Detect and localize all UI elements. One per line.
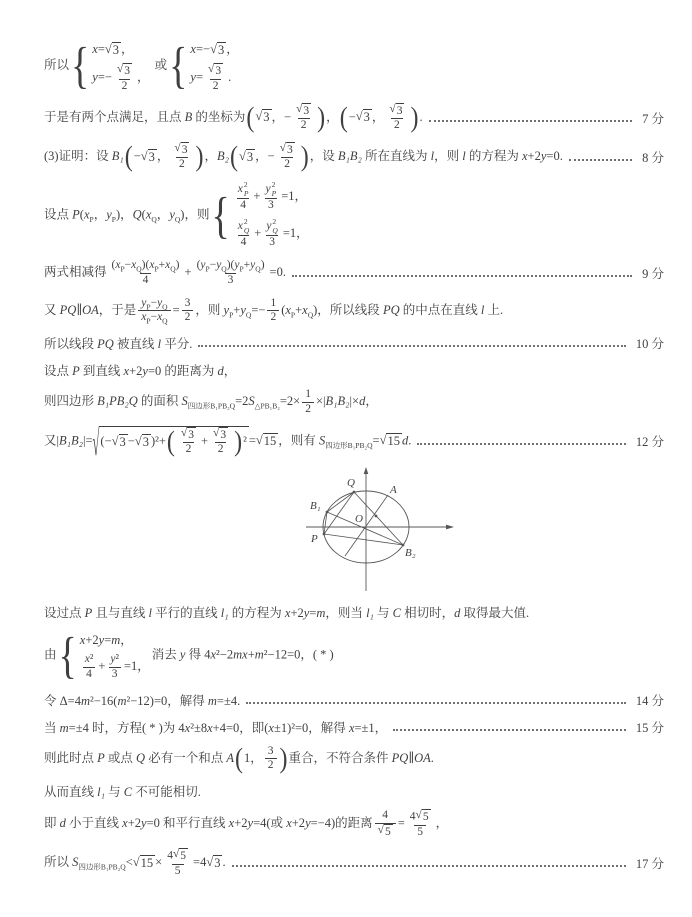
text: +2 bbox=[528, 149, 541, 163]
sup-sub-base: x bbox=[238, 220, 243, 234]
text: + bbox=[185, 265, 192, 279]
text: ，则当 bbox=[325, 606, 366, 620]
text: ²−12=0，( * ) bbox=[264, 648, 334, 662]
math-variable: P bbox=[97, 751, 105, 765]
text: 1 bbox=[270, 297, 276, 309]
text: 3 bbox=[247, 150, 253, 164]
big-parens: (−√3，√32) bbox=[124, 142, 205, 172]
text: + bbox=[248, 648, 255, 662]
solution-line: 令 Δ=4m²−16(m²−12)=0，解得 m=±4.14 分 bbox=[44, 691, 664, 709]
left-paren-icon: ( bbox=[339, 104, 349, 132]
text: +2 bbox=[290, 606, 303, 620]
sup-sub-group: x2P bbox=[238, 181, 249, 198]
square-root: √3 bbox=[356, 109, 372, 126]
text: − bbox=[128, 434, 135, 448]
fraction: √32 bbox=[293, 103, 314, 133]
fraction: x2P4 bbox=[235, 181, 252, 213]
text: 3 bbox=[218, 43, 224, 57]
fraction: 4√5 bbox=[375, 809, 396, 839]
fraction: 4√55 bbox=[164, 848, 191, 878]
text: 3 bbox=[220, 429, 226, 441]
square-root: √3 bbox=[135, 434, 151, 451]
text: ， bbox=[120, 633, 133, 647]
system-row: y=√32. bbox=[190, 63, 231, 93]
fraction: 12 bbox=[302, 388, 314, 417]
score-label: 14 分 bbox=[636, 691, 664, 709]
text: 所以线段 bbox=[44, 337, 97, 351]
text: )，则 bbox=[180, 207, 209, 221]
math-variable: B₁PB₂Q bbox=[97, 394, 138, 408]
text: . bbox=[431, 751, 434, 765]
denominator: 4 bbox=[140, 273, 152, 288]
text: 1 bbox=[305, 388, 311, 400]
text: 与 bbox=[105, 785, 124, 799]
text: 或点 bbox=[105, 751, 136, 765]
numerator: 3 bbox=[182, 297, 194, 311]
text: =0. bbox=[270, 265, 286, 279]
text: 2 bbox=[186, 443, 192, 455]
text: 被直线 bbox=[114, 337, 158, 351]
text: 由 bbox=[44, 648, 57, 662]
radical-icon: √ bbox=[210, 43, 217, 56]
math-variable: Q bbox=[133, 207, 142, 221]
stacked-sub: Q bbox=[272, 227, 277, 236]
right-paren-icon: ) bbox=[300, 143, 310, 171]
text: =−4)的距离 bbox=[311, 816, 373, 830]
text: 3 bbox=[188, 429, 194, 441]
math-variable: C bbox=[393, 606, 401, 620]
right-paren-icon: ) bbox=[316, 104, 326, 132]
text: ，则有 bbox=[278, 433, 319, 447]
square-root: √3 bbox=[208, 63, 223, 78]
big-parens: (√3，−√32) bbox=[229, 142, 310, 172]
fraction: y2Q3 bbox=[263, 218, 281, 250]
math-variable: B₁ bbox=[112, 149, 124, 163]
sup-sub-group: y2Q bbox=[266, 218, 278, 235]
point-b1-dot bbox=[326, 511, 329, 514]
text: +4=0，即( bbox=[213, 721, 269, 735]
line-content: 设点 P(xP，yP)，Q(xQ，yQ)，则{x2P4+y2P3=1，x2Q4+… bbox=[44, 181, 311, 250]
radical-icon: √ bbox=[255, 110, 262, 123]
paren-content: √32+√32 bbox=[176, 427, 233, 457]
intersection-dot bbox=[375, 515, 378, 518]
text: 2 bbox=[301, 119, 307, 131]
text: ， bbox=[372, 110, 385, 124]
text: ， bbox=[365, 394, 378, 408]
solution-line: 又|B₁B₂|=√(−√3−√3)²+(√32+√32)²=√15，则有 S四边… bbox=[44, 426, 664, 457]
square-root: √3 bbox=[280, 142, 295, 157]
text: 上. bbox=[484, 303, 503, 317]
system-row: x²4+y²3=1， bbox=[80, 653, 150, 682]
line-content: 设过点 P 且与直线 l 平行的直线 l₁ 的方程为 x+2y=m，则当 l₁ … bbox=[44, 603, 529, 621]
radicand: 15 bbox=[386, 433, 402, 450]
radical-icon: √ bbox=[133, 856, 140, 869]
numerator: x2Q bbox=[235, 218, 253, 235]
denominator: xP−xQ bbox=[138, 310, 170, 325]
radicand: 3 bbox=[246, 149, 255, 166]
denominator: 2 bbox=[281, 157, 293, 172]
text: =0. bbox=[546, 149, 562, 163]
fraction: (xP−xQ)(xP+xQ)4 bbox=[109, 259, 183, 288]
numerator: y² bbox=[107, 653, 122, 667]
radical-icon: √ bbox=[256, 434, 263, 447]
text: )， bbox=[116, 207, 133, 221]
text: ² bbox=[116, 653, 119, 665]
radical-icon: √ bbox=[135, 435, 142, 448]
big-parens: (√32+√32) bbox=[166, 427, 243, 457]
radicand: 3 bbox=[119, 434, 128, 451]
radical-icon: √ bbox=[112, 435, 119, 448]
square-root: √15 bbox=[256, 433, 278, 450]
math-variable: B₁B₂ bbox=[326, 394, 350, 408]
text: 于是有两个点满足，且点 bbox=[44, 110, 185, 124]
text: =− bbox=[251, 303, 265, 317]
line-content: 即 d 小于直线 x+2y=0 和平行直线 x+2y=4(或 x+2y=−4)的… bbox=[44, 809, 448, 839]
fraction: √32 bbox=[386, 103, 407, 133]
solution-line: 由{x+2y=m，x²4+y²3=1，消去 y 得 4x²−2mx+m²−12=… bbox=[44, 630, 664, 682]
solution-line: 于是有两个点满足，且点 B 的坐标为(√3，−√32)，(−√3，√32).7 … bbox=[44, 103, 664, 133]
text: 必有一个和点 bbox=[145, 751, 226, 765]
text: 得 4 bbox=[185, 648, 210, 662]
numerator: √3 bbox=[210, 427, 231, 442]
line-content: 设点 P 到直线 x+2y=0 的距离为 d， bbox=[44, 361, 236, 379]
square-root: √5 bbox=[173, 848, 188, 863]
text: 的面积 bbox=[138, 394, 182, 408]
dotted-leader bbox=[232, 863, 626, 867]
equation-system: {x=−√3，y=√32. bbox=[169, 39, 239, 94]
line-content: 所以线段 PQ 被直线 l 平分. bbox=[44, 334, 192, 352]
text: 4 bbox=[86, 668, 92, 680]
text: =1， bbox=[281, 189, 307, 203]
math-variable: m bbox=[81, 694, 90, 708]
text: 平分. bbox=[161, 337, 192, 351]
text: = bbox=[373, 433, 380, 447]
math-variable: B₁B₂ bbox=[338, 149, 362, 163]
fraction: √32 bbox=[205, 63, 226, 93]
numerator: √3 bbox=[114, 63, 135, 78]
square-root: √5 bbox=[378, 824, 393, 839]
text: 3 bbox=[143, 435, 149, 449]
denominator: 4 bbox=[238, 235, 250, 250]
solution-line: 即 d 小于直线 x+2y=0 和平行直线 x+2y=4(或 x+2y=−4)的… bbox=[44, 809, 664, 839]
text: )，所以线段 bbox=[313, 303, 383, 317]
square-root: √3 bbox=[296, 103, 311, 118]
text: 3 bbox=[113, 43, 119, 57]
text: =0 的距离为 bbox=[148, 364, 218, 378]
fraction: √32 bbox=[210, 427, 231, 457]
square-root: √3 bbox=[213, 427, 228, 442]
text: =4 bbox=[193, 855, 206, 869]
radical-icon: √ bbox=[105, 43, 112, 56]
dotted-leader bbox=[569, 157, 632, 161]
text: 4 bbox=[382, 809, 388, 821]
text: 相切时， bbox=[401, 606, 454, 620]
text: ，设 bbox=[310, 149, 338, 163]
denominator: 2 bbox=[183, 442, 195, 457]
text: + bbox=[253, 189, 260, 203]
denominator: √5 bbox=[375, 823, 396, 839]
solution-line: 又 PQ∥OA，于是yP−yQxP−xQ=32，则 yP+yQ=−12(xP+x… bbox=[44, 297, 664, 326]
text: 1， bbox=[244, 751, 263, 765]
text: 5 bbox=[180, 850, 186, 862]
text: 3 bbox=[303, 105, 309, 117]
text: . bbox=[222, 855, 225, 869]
system-rows: x=√3，y=−√32， bbox=[92, 39, 149, 94]
numerator: 3 bbox=[265, 745, 277, 759]
text: 平行的直线 bbox=[152, 606, 221, 620]
square-root: √3 bbox=[389, 103, 404, 118]
text: 3 bbox=[268, 199, 274, 211]
text: 2 bbox=[394, 119, 400, 131]
left-paren-icon: ( bbox=[166, 428, 176, 456]
point-b2-dot bbox=[402, 544, 405, 547]
numerator: √3 bbox=[205, 63, 226, 78]
text: ， bbox=[226, 42, 239, 56]
numerator: y2Q bbox=[263, 218, 281, 235]
text: 3 bbox=[214, 856, 220, 870]
sup-sub-group: x2Q bbox=[238, 218, 250, 235]
denominator: 2 bbox=[265, 758, 277, 773]
math-variable: PQ bbox=[383, 303, 400, 317]
denominator: 3 bbox=[109, 667, 121, 682]
sup-sub-base: y bbox=[265, 183, 270, 197]
text: 15 bbox=[141, 856, 154, 870]
text: 2 bbox=[185, 311, 191, 323]
square-root: √3 bbox=[141, 149, 157, 166]
text: 当 bbox=[44, 721, 60, 735]
radicand: 5 bbox=[179, 848, 188, 863]
solution-line: 所以线段 PQ 被直线 l 平分.10 分 bbox=[44, 334, 664, 352]
radical-icon: √ bbox=[93, 426, 100, 462]
text: 即 bbox=[44, 816, 60, 830]
text: ²−12)=0，解得 bbox=[127, 694, 208, 708]
denominator: 2 bbox=[176, 157, 188, 172]
text: . bbox=[408, 433, 411, 447]
denominator: 5 bbox=[414, 825, 426, 840]
denominator: 2 bbox=[119, 79, 131, 94]
label-a: A bbox=[389, 484, 397, 496]
text: 5 bbox=[417, 826, 423, 838]
text: =− bbox=[196, 42, 210, 56]
text: 则四边形 bbox=[44, 394, 97, 408]
solution-lines-bottom: 设过点 P 且与直线 l 平行的直线 l₁ 的方程为 x+2y=m，则当 l₁ … bbox=[44, 603, 664, 879]
line-content: 则此时点 P 或点 Q 必有一个和点 A(1，32)重合，不符合条件 PQ∥OA… bbox=[44, 745, 434, 774]
text: 不可能相切. bbox=[132, 785, 201, 799]
math-variable: PQ bbox=[97, 337, 114, 351]
paren-content: −√3，√32 bbox=[349, 103, 410, 133]
square-root: √3 bbox=[239, 149, 255, 166]
numerator: √3 bbox=[178, 427, 199, 442]
solution-line: 则四边形 B₁PB₂Q 的面积 S四边形B₁PB₂Q=2S△PB₁B₂=2×12… bbox=[44, 388, 664, 417]
text: +2 bbox=[85, 633, 98, 647]
text: 消去 bbox=[152, 648, 180, 662]
text: 3 bbox=[364, 110, 370, 124]
text: 4 bbox=[143, 274, 149, 286]
equation-system: {x=√3，y=−√32， bbox=[71, 39, 150, 94]
numerator: x² bbox=[82, 653, 97, 667]
label-p: P bbox=[310, 533, 318, 545]
text: 5 bbox=[385, 826, 391, 838]
text: 重合，不符合条件 bbox=[289, 751, 392, 765]
text: − bbox=[349, 110, 356, 124]
brace-icon: { bbox=[169, 41, 187, 92]
text: =− bbox=[98, 70, 112, 84]
line-content: 令 Δ=4m²−16(m²−12)=0，解得 m=±4. bbox=[44, 691, 240, 709]
line-content: 则四边形 B₁PB₂Q 的面积 S四边形B₁PB₂Q=2S△PB₁B₂=2×12… bbox=[44, 388, 378, 417]
text: ，则 bbox=[434, 149, 462, 163]
text: 3 bbox=[182, 144, 188, 156]
numerator: (xP−xQ)(xP+xQ) bbox=[109, 259, 183, 273]
right-paren-icon: ) bbox=[233, 428, 243, 456]
denominator: 4 bbox=[237, 198, 249, 213]
fraction: 32 bbox=[265, 745, 277, 774]
radical-icon: √ bbox=[380, 434, 387, 447]
radicand: 3 bbox=[142, 434, 151, 451]
text: 3 bbox=[124, 65, 130, 77]
radical-icon: √ bbox=[356, 110, 363, 123]
text: ²±8 bbox=[190, 721, 207, 735]
text: < bbox=[126, 855, 133, 869]
text: 3 bbox=[228, 274, 234, 286]
x-axis-arrow-icon bbox=[446, 525, 454, 530]
radical-icon: √ bbox=[206, 856, 213, 869]
text: ) bbox=[176, 259, 180, 271]
text: 3 bbox=[149, 150, 155, 164]
math-variable: OA bbox=[414, 751, 431, 765]
denominator: 3 bbox=[266, 235, 278, 250]
solution-line: 设点 P(xP，yP)，Q(xQ，yQ)，则{x2P4+y2P3=1，x2Q4+… bbox=[44, 181, 664, 250]
text: 2 bbox=[213, 80, 219, 92]
stacked-sub: P bbox=[244, 190, 249, 199]
line-content: 由{x+2y=m，x²4+y²3=1，消去 y 得 4x²−2mx+m²−12=… bbox=[44, 630, 334, 682]
text: 2 bbox=[218, 443, 224, 455]
radicand: (−√3−√3)²+(√32+√32)² bbox=[99, 426, 248, 457]
text: 3 bbox=[112, 668, 118, 680]
radicand: 3 bbox=[286, 142, 295, 157]
text: = bbox=[249, 433, 256, 447]
math-variable: OA bbox=[82, 303, 99, 317]
system-row: x2Q4+y2Q3=1， bbox=[233, 218, 309, 250]
text: − bbox=[134, 149, 141, 163]
text: ，则 bbox=[195, 303, 223, 317]
radicand: 3 bbox=[123, 63, 132, 78]
brace-icon: { bbox=[211, 190, 229, 241]
score-label: 9 分 bbox=[642, 264, 664, 282]
math-variable: B₂ bbox=[217, 149, 229, 163]
denominator: 2 bbox=[298, 118, 310, 133]
text: 两式相减得 bbox=[44, 265, 107, 279]
line-content: 所以{x=√3，y=−√32， 或{x=−√3，y=√32. bbox=[44, 39, 241, 94]
system-rows: x=−√3，y=√32. bbox=[190, 39, 238, 94]
math-variable: Q bbox=[136, 751, 145, 765]
sup-sub-base: y bbox=[266, 220, 271, 234]
math-variable: mx bbox=[233, 648, 248, 662]
equation-system: {x+2y=m，x²4+y²3=1， bbox=[59, 630, 150, 682]
solution-line: 所以{x=√3，y=−√32， 或{x=−√3，y=√32. bbox=[44, 39, 664, 94]
system-row: y=−√32， bbox=[92, 63, 149, 93]
text: =2 bbox=[235, 394, 248, 408]
text: ， bbox=[94, 207, 107, 221]
fraction: 12 bbox=[267, 297, 279, 326]
numerator: 1 bbox=[302, 388, 314, 402]
square-root: √3 bbox=[117, 63, 132, 78]
brace-icon: { bbox=[59, 630, 77, 681]
line-content: 所以 S四边形B₁PB₂Q<√15×4√55=4√3. bbox=[44, 848, 226, 878]
text: =4(或 bbox=[253, 816, 286, 830]
text: 或 bbox=[152, 58, 168, 72]
text: ， bbox=[121, 42, 134, 56]
denominator: 3 bbox=[265, 198, 277, 213]
text: 3 bbox=[215, 65, 221, 77]
numerator: √3 bbox=[171, 142, 192, 157]
text: 从而直线 bbox=[44, 785, 97, 799]
text: 所在直线为 bbox=[362, 149, 431, 163]
y-axis-arrow-icon bbox=[364, 467, 369, 474]
denominator: 5 bbox=[172, 864, 184, 879]
math-variable: A bbox=[226, 751, 234, 765]
fraction: √32 bbox=[178, 427, 199, 457]
text: = bbox=[173, 303, 180, 317]
text: 小于直线 bbox=[66, 816, 122, 830]
brace-icon: { bbox=[71, 41, 89, 92]
math-variable: B₁B₂ bbox=[59, 433, 83, 447]
sup-sub-stack: 2P bbox=[244, 181, 249, 198]
denominator: 2 bbox=[215, 442, 227, 457]
text: 4 bbox=[240, 199, 246, 211]
math-variable: m bbox=[255, 648, 264, 662]
text: . bbox=[228, 70, 231, 84]
text: 取得最大值. bbox=[460, 606, 529, 620]
math-variable: P bbox=[72, 364, 80, 378]
dotted-leader bbox=[292, 273, 632, 277]
denominator: 3 bbox=[225, 273, 237, 288]
square-root: √3 bbox=[206, 855, 222, 872]
square-root: √3 bbox=[255, 109, 271, 126]
denominator: 2 bbox=[391, 118, 403, 133]
radicand: 3 bbox=[217, 42, 226, 59]
text: 2 bbox=[179, 158, 185, 170]
radicand: 5 bbox=[384, 824, 393, 839]
dotted-leader bbox=[429, 118, 633, 122]
text: + bbox=[98, 659, 105, 673]
numerator: (yP−yQ)(yP+yQ) bbox=[194, 259, 268, 273]
math-variable: l₁ bbox=[366, 606, 374, 620]
fraction: x²4 bbox=[82, 653, 97, 682]
text: ， bbox=[157, 149, 170, 163]
radicand: 3 bbox=[396, 103, 405, 118]
text: 2 bbox=[270, 311, 276, 323]
big-parens: (−√3，√32) bbox=[339, 103, 420, 133]
point-p-dot bbox=[323, 533, 326, 536]
solution-line: 两式相减得(xP−xQ)(xP+xQ)4+(yP−yQ)(yP+yQ)3=0.9… bbox=[44, 259, 664, 288]
big-parens: (√3，−√32) bbox=[245, 103, 326, 133]
system-row: x2P4+y2P3=1， bbox=[233, 181, 307, 213]
text: 到直线 bbox=[80, 364, 124, 378]
text: 3 bbox=[269, 236, 275, 248]
text: 的中点在直线 bbox=[400, 303, 481, 317]
line-content: 于是有两个点满足，且点 B 的坐标为(√3，−√32)，(−√3，√32). bbox=[44, 103, 423, 133]
radicand: 3 bbox=[219, 427, 228, 442]
text: ， bbox=[326, 110, 339, 124]
square-root: √3 bbox=[105, 42, 121, 59]
text: × bbox=[155, 855, 162, 869]
ellipse-diagram: Q A B₁ O P B₂ bbox=[44, 466, 664, 594]
sup-sub-base: x bbox=[238, 183, 243, 197]
text: 设点 bbox=[44, 364, 72, 378]
radicand: 3 bbox=[363, 109, 372, 126]
denominator: 4 bbox=[83, 667, 95, 682]
text: ×| bbox=[316, 394, 326, 408]
